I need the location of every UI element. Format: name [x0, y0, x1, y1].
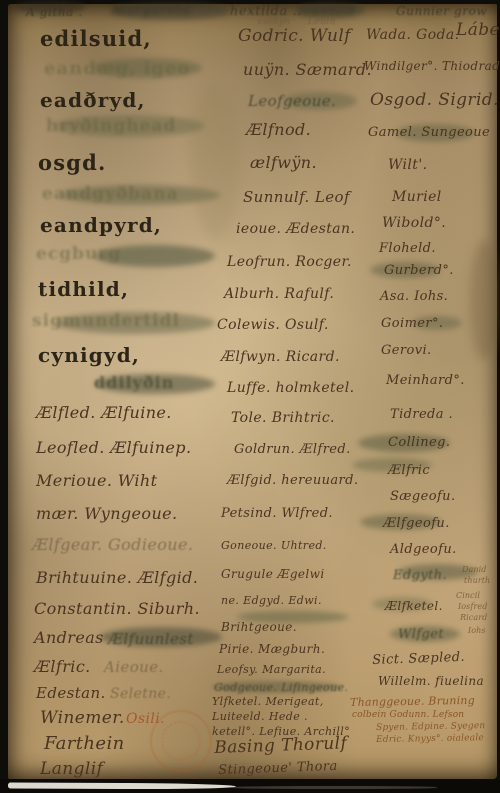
manuscript-name-entry: Gamel. Sungeoue [368, 126, 490, 140]
manuscript-name-entry: Aieoue. [104, 660, 164, 676]
manuscript-name-entry: Petsind. Wlfred. [221, 507, 333, 521]
manuscript-name-entry: Ælfwyn. Ricard. [221, 350, 340, 365]
manuscript-name-entry: Basing Thorulf [214, 735, 347, 757]
manuscript-name-entry: Collineg. [388, 436, 450, 450]
manuscript-name-entry: Gunnier grow [396, 5, 487, 18]
under-page-shadow [232, 786, 437, 789]
manuscript-name-entry: ecgburg [36, 246, 121, 264]
manuscript-name-entry: Grugule Ægelwi [221, 568, 325, 581]
text-layer: A githa .Margaretahextilda ..GunnildGunn… [0, 0, 500, 793]
manuscript-name-entry: Tole. Brihtric. [231, 411, 335, 426]
manuscript-name-entry: Constantin. Siburh. [34, 601, 200, 618]
manuscript-name-entry: tidhild, [38, 279, 129, 300]
manuscript-name-entry: eandgyðbana [42, 186, 178, 204]
manuscript-name-entry: Asa. Iohs. [380, 290, 448, 304]
manuscript-name-entry: Ylfketel. Merigeat, [212, 696, 324, 708]
manuscript-name-entry: Ælfric. [34, 659, 91, 676]
manuscript-name-entry: Winemer. [40, 710, 125, 728]
manuscript-photo: A githa .Margaretahextilda ..GunnildGunn… [0, 0, 500, 793]
manuscript-name-entry: Ælfled. Ælfuine. [36, 405, 172, 422]
manuscript-name-entry: Ælfuunlest [108, 632, 194, 648]
manuscript-name-entry: osgd. [38, 152, 107, 174]
manuscript-name-entry: edilsuid, [40, 28, 152, 50]
manuscript-name-entry: Goimer°. [381, 317, 443, 331]
manuscript-name-entry: Meinhard°. [386, 374, 465, 388]
under-page-edge [8, 783, 236, 790]
manuscript-name-entry: Andreas [34, 630, 104, 647]
manuscript-name-entry: uuÿn. Sæmard. [243, 62, 372, 79]
manuscript-name-entry: Ælfnod. [246, 122, 311, 139]
manuscript-name-entry: Godgeoue. Lifingeoue. [214, 682, 348, 694]
manuscript-name-entry: eandæg, igeo [44, 60, 190, 79]
manuscript-name-entry: Wlfget [398, 628, 444, 642]
manuscript-name-entry: Edric. Knyys°. oialeale [376, 734, 484, 745]
manuscript-name-entry: Aldgeofu. [390, 543, 457, 557]
manuscript-name-entry: Floheld. [379, 242, 436, 256]
manuscript-name-entry: Langlif [40, 761, 103, 779]
manuscript-name-entry: ddilyðin [94, 375, 174, 392]
manuscript-name-entry: sigmundertidl [32, 313, 180, 331]
manuscript-name-entry: Pirie. Mægburh. [219, 643, 325, 656]
manuscript-name-entry: Goneoue. Uhtred. [221, 540, 327, 552]
manuscript-name-entry: hryðinghead [46, 118, 176, 136]
manuscript-name-entry: Spyen. Edpine. Syegen [376, 722, 485, 733]
manuscript-name-entry: Tidreda . [390, 408, 453, 422]
manuscript-name-entry: Alburh. Rafulf. [224, 287, 334, 302]
manuscript-name-entry: Sunnulf. Leof [243, 190, 350, 206]
manuscript-name-entry: Brihtuuine. Ælfgid. [36, 570, 198, 587]
manuscript-name-entry: ælfwÿn. [250, 155, 317, 172]
manuscript-name-entry: Brihtgeoue. [221, 621, 297, 634]
manuscript-name-entry: Leofsy. Margarita. [217, 664, 326, 676]
manuscript-name-entry: Lábert [456, 22, 500, 40]
manuscript-name-entry: Wibold°. [382, 216, 446, 231]
manuscript-name-entry: Iosfred [458, 603, 487, 611]
manuscript-name-entry: mær. Wyngeoue. [36, 506, 178, 523]
manuscript-name-entry: Goldrun. Ælfred. [234, 443, 351, 457]
manuscript-name-entry: Margareta [112, 4, 191, 18]
manuscript-name-entry: Edestan. [36, 686, 106, 702]
manuscript-name-entry: A githa . [26, 6, 83, 19]
manuscript-name-entry: Ælfgeofu. [383, 517, 450, 531]
manuscript-name-entry: Leofled. Ælfuinep. [36, 440, 191, 457]
manuscript-name-entry: Windilger°. Thiodrad. [364, 60, 500, 73]
manuscript-name-entry: ieoue. Ædestan. [236, 222, 355, 237]
manuscript-name-entry: ne. Edgyd. Edwi. [221, 595, 322, 607]
manuscript-name-entry: Osgod. Sigrid. [370, 92, 499, 110]
manuscript-name-entry: Osili. [126, 712, 165, 727]
manuscript-name-entry: Gunnild [300, 4, 355, 17]
manuscript-name-entry: Seletne. [110, 687, 171, 702]
manuscript-name-entry: Merioue. Wiht [36, 473, 157, 490]
manuscript-name-entry: colbein Godunn. Lefson [352, 711, 464, 720]
manuscript-name-entry: Leofrun. Rocger. [227, 255, 352, 270]
manuscript-name-entry: Edgyth. [393, 569, 447, 583]
manuscript-name-entry: Wada. Goda. [366, 28, 460, 43]
manuscript-name-entry: Luiteeld. Hede . [212, 711, 308, 723]
manuscript-name-entry: Farthein [44, 735, 125, 754]
manuscript-name-entry: Willelm. fiuelina [378, 675, 484, 688]
manuscript-name-entry: Danid [462, 566, 487, 574]
manuscript-name-entry: cynigyd, [38, 345, 140, 366]
manuscript-name-entry: thurth [464, 577, 490, 585]
manuscript-name-entry: Muriel [392, 190, 442, 205]
manuscript-name-entry: Godric. Wulf [238, 28, 351, 46]
manuscript-name-entry: Stingeoue' Thora [218, 760, 338, 778]
manuscript-name-entry: Sægeofu. [390, 490, 455, 504]
manuscript-name-entry: Ælfketel. [385, 600, 443, 613]
manuscript-name-entry: Iohs [468, 627, 486, 635]
manuscript-name-entry: Sict. Sæpled. [372, 651, 465, 668]
manuscript-name-entry: Ælfgear. Godieoue. [32, 537, 193, 554]
manuscript-name-entry: Ricard [460, 614, 487, 622]
manuscript-name-entry: Ælfric [388, 464, 430, 478]
manuscript-name-entry: Wilt'. [388, 158, 427, 173]
manuscript-name-entry: Gerovi. [381, 344, 432, 358]
manuscript-name-entry: Gurberd°. [384, 264, 454, 278]
manuscript-name-entry: eadðryd, [40, 90, 146, 111]
manuscript-name-entry: Colewis. Osulf. [217, 318, 329, 333]
manuscript-name-entry: Cincil [456, 592, 480, 600]
manuscript-name-entry: Luffe. holmketel. [227, 381, 354, 396]
manuscript-name-entry: Thanggeoue. Bruning [350, 695, 475, 709]
manuscript-name-entry: Ælfgid. hereuuard. [227, 474, 358, 488]
manuscript-name-entry: eandpyrd, [40, 215, 162, 236]
manuscript-name-entry: Leofgeoue. [248, 94, 336, 110]
